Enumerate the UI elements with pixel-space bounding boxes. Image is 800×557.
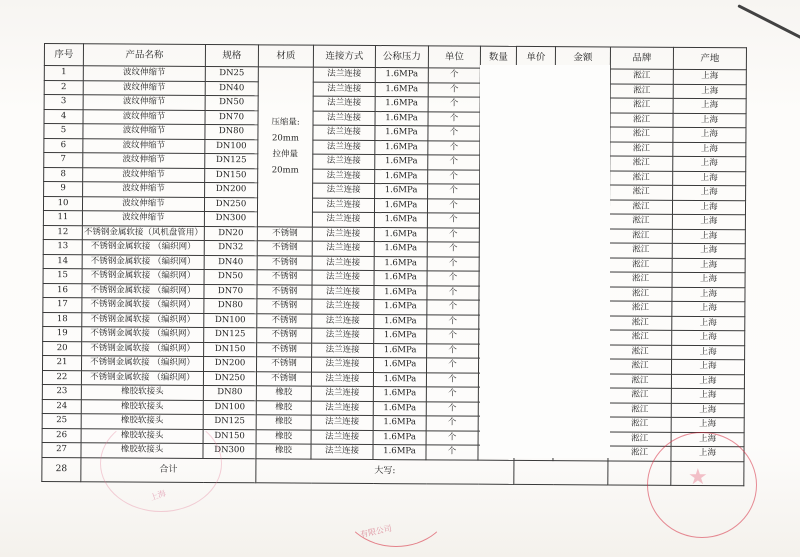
cell-pressure: 1.6MPa — [374, 213, 427, 228]
cell-brand: 淞江 — [610, 185, 673, 200]
cell-unit: 个 — [426, 416, 478, 431]
cell-unit: 个 — [428, 155, 480, 170]
cell-origin: 上海 — [671, 388, 744, 403]
cell-unit: 个 — [426, 358, 478, 373]
cell-no: 1 — [44, 66, 83, 81]
cell-spec: DN125 — [205, 153, 258, 168]
cell-unit: 个 — [428, 82, 480, 97]
cell-spec: DN100 — [205, 139, 258, 154]
cell-brand: 淞江 — [609, 330, 672, 345]
cell-connection: 法兰连接 — [311, 357, 373, 372]
cell-origin: 上海 — [673, 142, 746, 157]
cell-spec: DN100 — [203, 400, 256, 415]
cell-pressure: 1.6MPa — [373, 401, 426, 416]
cell-spec: DN150 — [204, 342, 257, 357]
cell-pressure: 1.6MPa — [374, 285, 427, 300]
cell-no: 9 — [44, 182, 83, 197]
material-note-line: 20mm — [258, 131, 312, 147]
cell-pressure: 1.6MPa — [375, 111, 428, 126]
cell-brand: 淞江 — [608, 359, 671, 374]
cell-spec: DN80 — [205, 124, 258, 139]
cell-material: 不锈钢 — [257, 299, 312, 314]
cell-pressure: 1.6MPa — [374, 227, 427, 242]
cell-pressure: 1.6MPa — [375, 184, 428, 199]
cell-material: 不锈钢 — [257, 284, 312, 299]
cell-origin: 上海 — [672, 258, 745, 273]
cell-origin: 上海 — [673, 156, 746, 171]
cell-unit: 个 — [427, 343, 479, 358]
cell-connection: 法兰连接 — [311, 386, 373, 401]
cell-no: 5 — [44, 124, 83, 139]
cell-origin: 上海 — [672, 272, 745, 287]
material-note-line: 拉伸量 — [258, 147, 312, 163]
cell-name: 波纹伸缩节 — [83, 182, 205, 197]
cell-spec: DN40 — [204, 255, 257, 270]
header-connection: 连接方式 — [313, 45, 375, 67]
cell-connection: 法兰连接 — [313, 140, 375, 155]
header-pressure: 公称压力 — [375, 46, 428, 68]
cell-material: 橡胶 — [256, 415, 311, 430]
cell-spec: DN250 — [203, 371, 256, 386]
cell-spec: DN200 — [205, 182, 258, 197]
cell-connection: 法兰连接 — [313, 82, 375, 97]
cell-name: 不锈钢金属软接 （编织网） — [82, 327, 204, 342]
cell-brand: 淞江 — [610, 69, 673, 84]
cell-connection: 法兰连接 — [313, 125, 375, 140]
cell-origin: 上海 — [671, 359, 744, 374]
cell-material: 橡胶 — [256, 444, 311, 459]
cell-unit: 个 — [427, 300, 479, 315]
header-spec: 规格 — [205, 44, 258, 66]
cell-no: 15 — [43, 268, 82, 283]
cell-brand: 淞江 — [609, 199, 672, 214]
cell-origin: 上海 — [673, 185, 746, 200]
cell-spec: DN25 — [205, 66, 258, 81]
cell-brand: 淞江 — [608, 373, 671, 388]
cell-connection: 法兰连接 — [313, 111, 375, 126]
cell-name: 波纹伸缩节 — [83, 138, 205, 153]
cell-connection: 法兰连接 — [312, 343, 374, 358]
cell-connection: 法兰连接 — [311, 372, 373, 387]
cell-no: 18 — [43, 312, 82, 327]
cell-spec: DN70 — [204, 284, 257, 299]
cell-brand: 淞江 — [610, 98, 673, 113]
cell-no: 24 — [42, 399, 81, 414]
cell-pressure: 1.6MPa — [373, 416, 426, 431]
cell-pressure: 1.6MPa — [374, 314, 427, 329]
cell-unit: 个 — [427, 227, 479, 242]
cell-unit: 个 — [426, 430, 478, 445]
cell-material: 橡胶 — [256, 429, 311, 444]
cell-brand: 淞江 — [610, 170, 673, 185]
cell-no: 11 — [43, 210, 82, 225]
cell-connection: 法兰连接 — [312, 212, 374, 227]
cell-no: 17 — [43, 297, 82, 312]
cell-pressure: 1.6MPa — [374, 329, 427, 344]
cell-origin: 上海 — [672, 243, 745, 258]
cell-name: 不锈钢金属软接 （编织网） — [81, 370, 203, 385]
cell-material: 不锈钢 — [257, 226, 312, 241]
cell-name: 橡胶软接头 — [81, 385, 203, 400]
cell-material: 不锈钢 — [257, 313, 312, 328]
cell-brand: 淞江 — [609, 243, 672, 258]
cell-name: 波纹伸缩节 — [82, 211, 204, 226]
cell-spec: DN100 — [204, 313, 257, 328]
cell-material: 橡胶 — [256, 400, 311, 415]
cell-pressure: 1.6MPa — [374, 271, 427, 286]
cell-spec: DN20 — [204, 226, 257, 241]
cell-brand: 淞江 — [610, 112, 673, 127]
cell-name: 不锈钢金属软接 （编织网） — [82, 298, 204, 313]
cell-brand: 淞江 — [609, 214, 672, 229]
cell-unit: 个 — [428, 68, 480, 83]
cell-spec: DN80 — [203, 385, 256, 400]
cell-brand: 淞江 — [609, 301, 672, 316]
cell-material-merged: 压缩量:20mm拉伸量20mm — [257, 67, 313, 227]
cell-origin: 上海 — [672, 345, 745, 360]
cell-spec: DN150 — [205, 168, 258, 183]
cell-unit: 个 — [426, 372, 478, 387]
cell-pressure: 1.6MPa — [375, 97, 428, 112]
cell-no: 27 — [42, 442, 81, 457]
cell-unit: 个 — [428, 111, 480, 126]
cell-pressure: 1.6MPa — [375, 68, 428, 83]
cell-pressure: 1.6MPa — [375, 155, 428, 170]
cell-spec: DN125 — [204, 327, 257, 342]
cell-unit: 个 — [426, 387, 478, 402]
cell-material: 不锈钢 — [257, 241, 312, 256]
cell-origin: 上海 — [673, 84, 746, 99]
cell-pressure: 1.6MPa — [375, 169, 428, 184]
cell-connection: 法兰连接 — [313, 67, 375, 82]
cell-name: 波纹伸缩节 — [83, 66, 205, 81]
cell-spec: DN200 — [203, 356, 256, 371]
seal-star-icon: ★ — [688, 465, 708, 490]
cell-pressure: 1.6MPa — [373, 372, 426, 387]
cell-material: 橡胶 — [256, 386, 311, 401]
cell-no: 10 — [43, 196, 82, 211]
cell-name: 不锈钢金属软接 （编织网） — [82, 254, 204, 269]
cell-unit: 个 — [428, 140, 480, 155]
cell-connection: 法兰连接 — [311, 401, 373, 416]
cell-brand: 淞江 — [609, 315, 672, 330]
cell-unit: 个 — [427, 213, 479, 228]
cell-pressure: 1.6MPa — [375, 82, 428, 97]
cell-brand: 淞江 — [609, 228, 672, 243]
cell-connection: 法兰连接 — [312, 270, 374, 285]
cell-no: 4 — [44, 109, 83, 124]
cell-origin: 上海 — [673, 98, 746, 113]
cell-brand: 淞江 — [610, 156, 673, 171]
cell-unit: 个 — [427, 242, 479, 257]
cell-brand: 淞江 — [609, 272, 672, 287]
cell-unit: 个 — [427, 314, 479, 329]
cell-no: 23 — [42, 384, 81, 399]
header-brand: 品牌 — [610, 47, 673, 69]
cell-unit: 个 — [427, 285, 479, 300]
cell-origin: 上海 — [672, 229, 745, 244]
cell-origin: 上海 — [671, 403, 744, 418]
cell-material: 不锈钢 — [257, 270, 312, 285]
cell-pressure: 1.6MPa — [373, 358, 426, 373]
cell-origin: 上海 — [673, 171, 746, 186]
cell-spec: DN300 — [204, 211, 257, 226]
cell-pressure: 1.6MPa — [374, 343, 427, 358]
cell-name: 波纹伸缩节 — [83, 167, 205, 182]
cell-brand: 淞江 — [610, 141, 673, 156]
cell-connection: 法兰连接 — [313, 169, 375, 184]
cell-no: 22 — [42, 370, 81, 385]
cell-pressure: 1.6MPa — [375, 126, 428, 141]
cell-spec: DN80 — [204, 298, 257, 313]
cell-unit: 个 — [428, 169, 480, 184]
cell-no: 8 — [44, 167, 83, 182]
cell-spec: DN40 — [205, 81, 258, 96]
cell-connection: 法兰连接 — [313, 183, 375, 198]
cell-no: 19 — [43, 326, 82, 341]
cell-unit: 个 — [427, 329, 479, 344]
cell-brand: 淞江 — [608, 388, 671, 403]
header-material: 材质 — [258, 45, 313, 67]
cell-origin: 上海 — [673, 113, 746, 128]
cell-connection: 法兰连接 — [312, 256, 374, 271]
cell-name: 波纹伸缩节 — [83, 95, 205, 110]
cell-name: 波纹伸缩节 — [82, 196, 204, 211]
header-no: 序号 — [44, 44, 83, 66]
cell-connection: 法兰连接 — [312, 328, 374, 343]
cell-connection: 法兰连接 — [312, 227, 374, 242]
cell-origin: 上海 — [672, 316, 745, 331]
total-amount-blank — [514, 460, 608, 485]
cell-origin: 上海 — [672, 287, 745, 302]
cell-name: 不锈钢金属软接（风机盘管用） — [82, 225, 204, 240]
cell-spec: DN250 — [204, 197, 257, 212]
cell-name: 波纹伸缩节 — [83, 124, 205, 139]
cell-no: 16 — [43, 283, 82, 298]
cell-unit: 个 — [428, 126, 480, 141]
material-note-line: 20mm — [258, 163, 312, 179]
cell-name: 橡胶软接头 — [81, 399, 203, 414]
cell-material: 不锈钢 — [257, 328, 312, 343]
cell-name: 不锈钢金属软接 （编织网） — [82, 283, 204, 298]
cell-origin: 上海 — [673, 69, 746, 84]
cell-connection: 法兰连接 — [312, 241, 374, 256]
cell-connection: 法兰连接 — [312, 299, 374, 314]
cell-connection: 法兰连接 — [312, 285, 374, 300]
cell-no: 13 — [43, 239, 82, 254]
header-origin: 产地 — [673, 47, 746, 69]
cell-connection: 法兰连接 — [313, 96, 375, 111]
cell-unit: 个 — [426, 445, 478, 460]
cell-no: 21 — [43, 355, 82, 370]
cell-unit: 个 — [427, 271, 479, 286]
cell-brand: 淞江 — [609, 286, 672, 301]
cell-origin: 上海 — [672, 200, 745, 215]
cell-connection: 法兰连接 — [312, 198, 374, 213]
cell-connection: 法兰连接 — [311, 430, 373, 445]
cell-brand: 淞江 — [608, 431, 671, 446]
cell-pressure: 1.6MPa — [374, 242, 427, 257]
cell-name: 不锈钢金属软接 （编织网） — [82, 356, 204, 371]
cell-brand: 淞江 — [610, 83, 673, 98]
cell-unit: 个 — [427, 198, 479, 213]
cell-spec: DN32 — [204, 240, 257, 255]
cell-spec: DN50 — [204, 269, 257, 284]
cell-pressure: 1.6MPa — [373, 430, 426, 445]
cell-origin: 上海 — [672, 330, 745, 345]
cell-name: 波纹伸缩节 — [83, 109, 205, 124]
cell-material: 不锈钢 — [256, 357, 311, 372]
cell-name: 不锈钢金属软接 （编织网） — [82, 269, 204, 284]
company-seal-bottom — [340, 455, 452, 547]
cell-name: 不锈钢金属软接 （编织网） — [82, 312, 204, 327]
cell-material: 不锈钢 — [256, 371, 311, 386]
cell-unit: 个 — [428, 97, 480, 112]
redacted-price-area — [480, 65, 610, 458]
cell-no: 7 — [44, 153, 83, 168]
cell-pressure: 1.6MPa — [374, 198, 427, 213]
cell-unit: 个 — [428, 184, 480, 199]
cell-material: 不锈钢 — [257, 342, 312, 357]
cell-no: 2 — [44, 80, 83, 95]
cell-name: 不锈钢金属软接 （编织网） — [82, 341, 204, 356]
cell-name: 波纹伸缩节 — [83, 153, 205, 168]
cell-connection: 法兰连接 — [312, 314, 374, 329]
cell-pressure: 1.6MPa — [375, 140, 428, 155]
cell-brand: 淞江 — [609, 257, 672, 272]
material-note-line: 压缩量: — [258, 115, 312, 131]
cell-no: 20 — [43, 341, 82, 356]
cell-no: 6 — [44, 138, 83, 153]
cell-connection: 法兰连接 — [311, 415, 373, 430]
cell-brand: 淞江 — [608, 402, 671, 417]
cell-pressure: 1.6MPa — [373, 387, 426, 402]
cell-brand: 淞江 — [610, 127, 673, 142]
cell-spec: DN50 — [205, 95, 258, 110]
cell-origin: 上海 — [671, 374, 744, 389]
cell-name: 波纹伸缩节 — [83, 80, 205, 95]
cell-connection: 法兰连接 — [311, 444, 373, 459]
cell-no: 28 — [42, 457, 81, 481]
cell-origin: 上海 — [672, 301, 745, 316]
cell-pressure: 1.6MPa — [374, 256, 427, 271]
cell-unit: 个 — [427, 256, 479, 271]
cell-pressure: 1.6MPa — [374, 300, 427, 315]
cell-spec: DN70 — [205, 110, 258, 125]
cell-no: 14 — [43, 254, 82, 269]
cell-no: 3 — [44, 95, 83, 110]
cell-unit: 个 — [426, 401, 478, 416]
cell-brand: 淞江 — [609, 344, 672, 359]
cell-no: 25 — [42, 413, 81, 428]
cell-origin: 上海 — [673, 127, 746, 142]
cell-no: 26 — [42, 428, 81, 443]
cell-material: 不锈钢 — [257, 255, 312, 270]
cell-name: 不锈钢金属软接 （编织网） — [82, 240, 204, 255]
cell-no: 12 — [43, 225, 82, 240]
cell-spec: DN125 — [203, 414, 256, 429]
header-product-name: 产品名称 — [83, 44, 205, 67]
cell-origin: 上海 — [671, 417, 744, 432]
header-unit: 单位 — [428, 46, 480, 68]
cell-connection: 法兰连接 — [313, 154, 375, 169]
cell-origin: 上海 — [672, 214, 745, 229]
cell-brand: 淞江 — [608, 417, 671, 432]
